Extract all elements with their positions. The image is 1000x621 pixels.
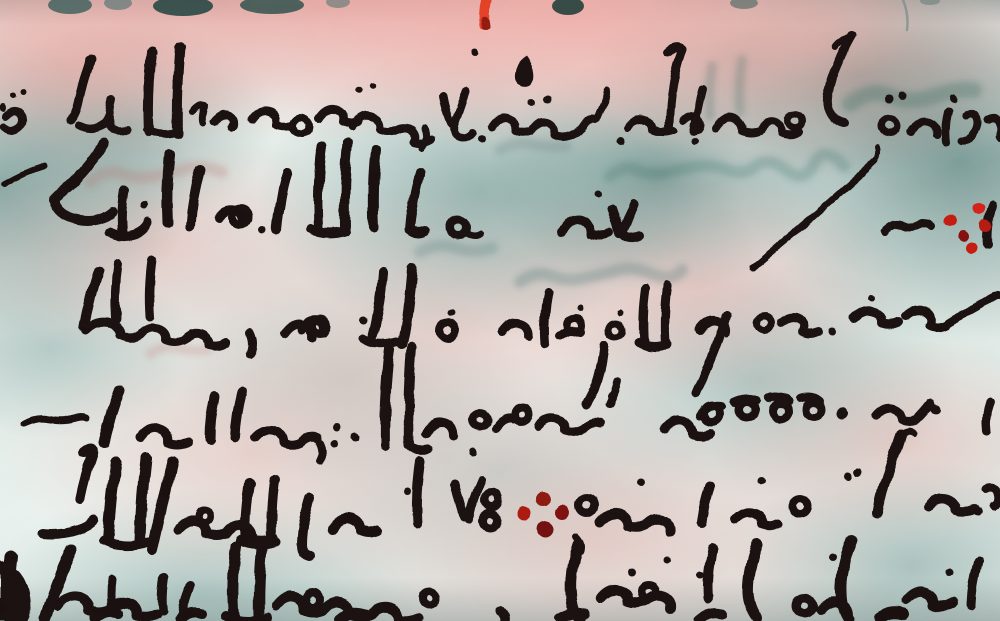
- manuscript-photo: [0, 0, 1000, 621]
- paper-grain-texture: [0, 0, 1000, 621]
- manuscript-ink-layer: [0, 0, 1000, 621]
